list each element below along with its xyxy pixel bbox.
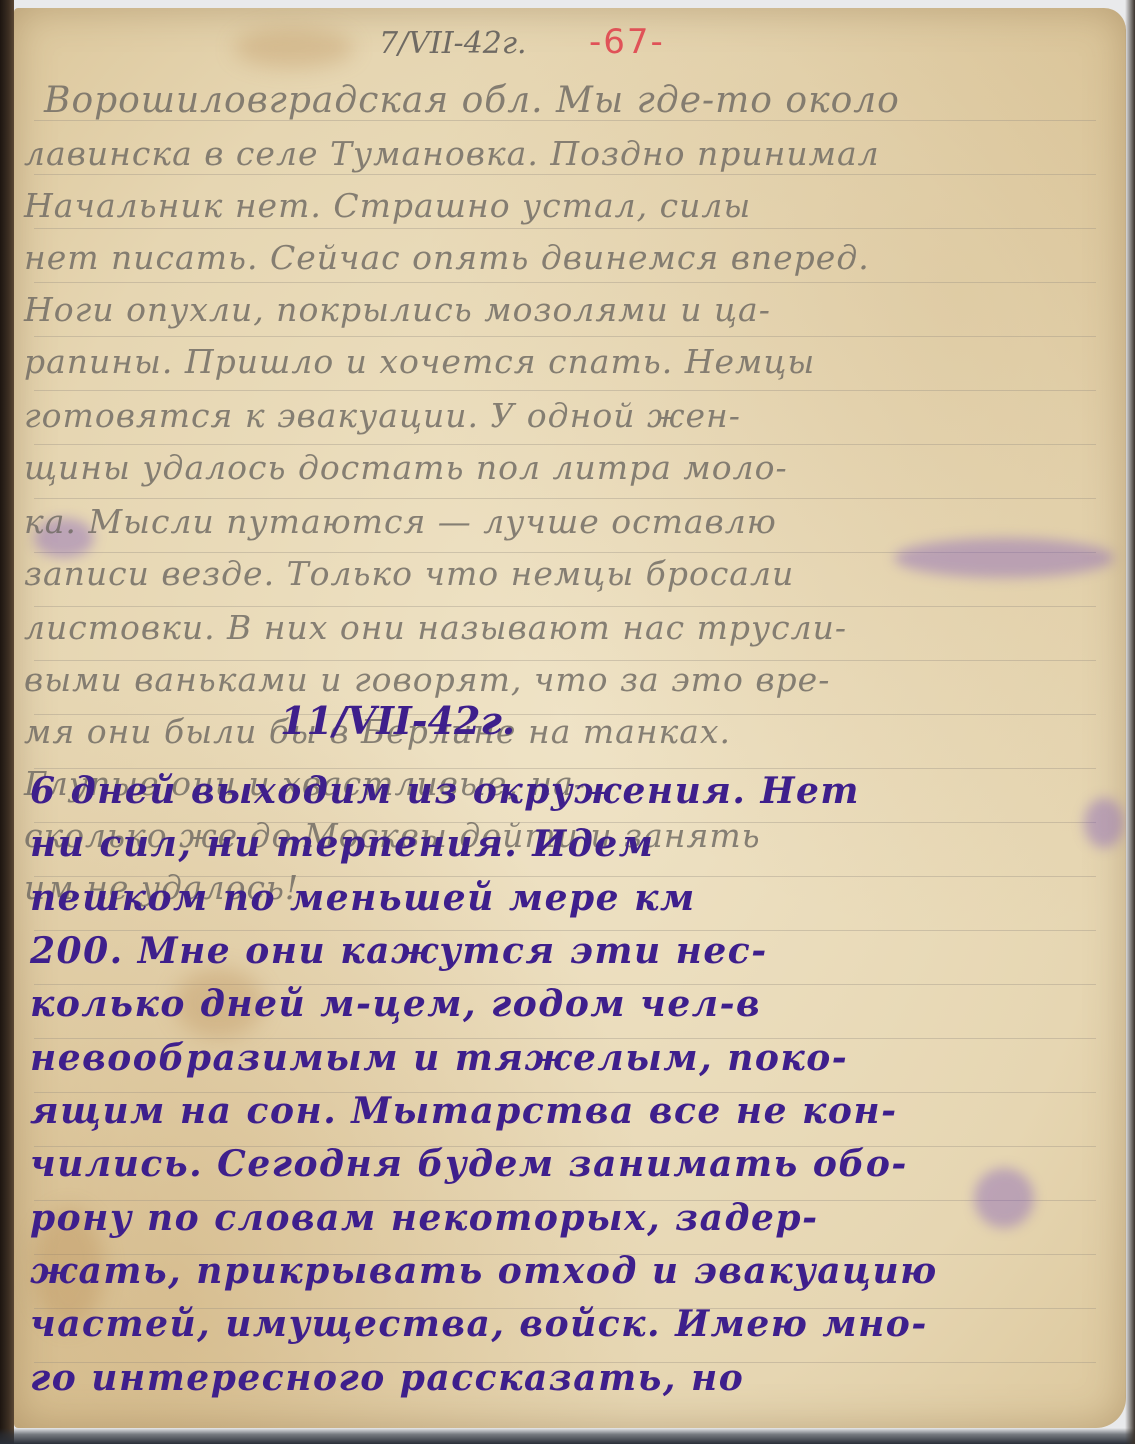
- entry-2-line: рону по словам некоторых, задер-: [30, 1197, 819, 1239]
- entry-2-line: ни сил, ни терпения. Идем: [30, 823, 654, 865]
- entry-2-line: ящим на сон. Мытарства все не кон-: [30, 1090, 898, 1132]
- entry-2-line: 200. Мне они кажутся эти нес-: [30, 930, 768, 972]
- entry-1-line: листовки. В них они называют нас трусли-: [24, 608, 847, 647]
- ruled-line: [34, 390, 1096, 391]
- entry-2-line: частей, имущества, войск. Имею мно-: [30, 1303, 928, 1345]
- scanned-notebook-page: 7/VII-42г. -67- Ворошиловградская обл. М…: [0, 0, 1135, 1444]
- ink-smudge: [894, 538, 1114, 578]
- entry-2-line: пешком по меньшей мере км: [30, 877, 696, 919]
- page-number: -67-: [589, 22, 665, 62]
- entry-1-line: Начальник нет. Страшно устал, силы: [24, 186, 751, 225]
- entry-1-line: нет писать. Сейчас опять двинемся вперед…: [24, 238, 870, 277]
- entry-1-line: ка. Мысли путаются — лучше оставлю: [24, 502, 777, 541]
- paper-stain: [234, 28, 354, 68]
- ruled-line: [34, 444, 1096, 445]
- entry-2-line: чились. Сегодня будем занимать обо-: [30, 1143, 908, 1185]
- entry-1-line: Ноги опухли, покрылись мозолями и ца-: [24, 290, 771, 329]
- entry-1-line: лавинска в селе Тумановка. Поздно приним…: [24, 134, 880, 173]
- ruled-line: [34, 606, 1096, 607]
- entry-1-line: готовятся к эвакуации. У одной жен-: [24, 396, 741, 435]
- ruled-line: [34, 336, 1096, 337]
- entry-2-line: колько дней м-цем, годом чел-в: [30, 983, 761, 1025]
- ruled-line: [34, 174, 1096, 175]
- entry-1-line: рапины. Пришло и хочется спать. Немцы: [24, 342, 815, 381]
- ruled-line: [34, 282, 1096, 283]
- entry-date-1: 7/VII-42г.: [379, 26, 527, 61]
- entry-2-line: жать, прикрывать отход и эвакуацию: [30, 1250, 938, 1292]
- notebook-spine: [0, 0, 14, 1444]
- ink-smudge: [974, 1168, 1034, 1228]
- entry-date-2: 11/VII-42г.: [280, 698, 515, 743]
- ruled-line: [34, 228, 1096, 229]
- entry-2-line: 6 дней выходим из окружения. Нет: [30, 770, 860, 812]
- scan-shadow-right: [1125, 0, 1135, 1444]
- ink-smudge: [1084, 798, 1124, 848]
- entry-1-line: Ворошиловградская обл. Мы где-то около: [44, 80, 900, 121]
- ruled-line: [34, 498, 1096, 499]
- entry-2-line: невообразимым и тяжелым, поко-: [30, 1037, 848, 1079]
- entry-1-line: щины удалось достать пол литра моло-: [24, 448, 788, 487]
- entry-1-line: выми ваньками и говорят, что за это вре-: [24, 660, 830, 699]
- entry-2-line: го интересного рассказать, но: [30, 1357, 744, 1399]
- entry-1-line: записи везде. Только что немцы бросали: [24, 554, 794, 593]
- scan-shadow-bottom: [0, 1428, 1135, 1444]
